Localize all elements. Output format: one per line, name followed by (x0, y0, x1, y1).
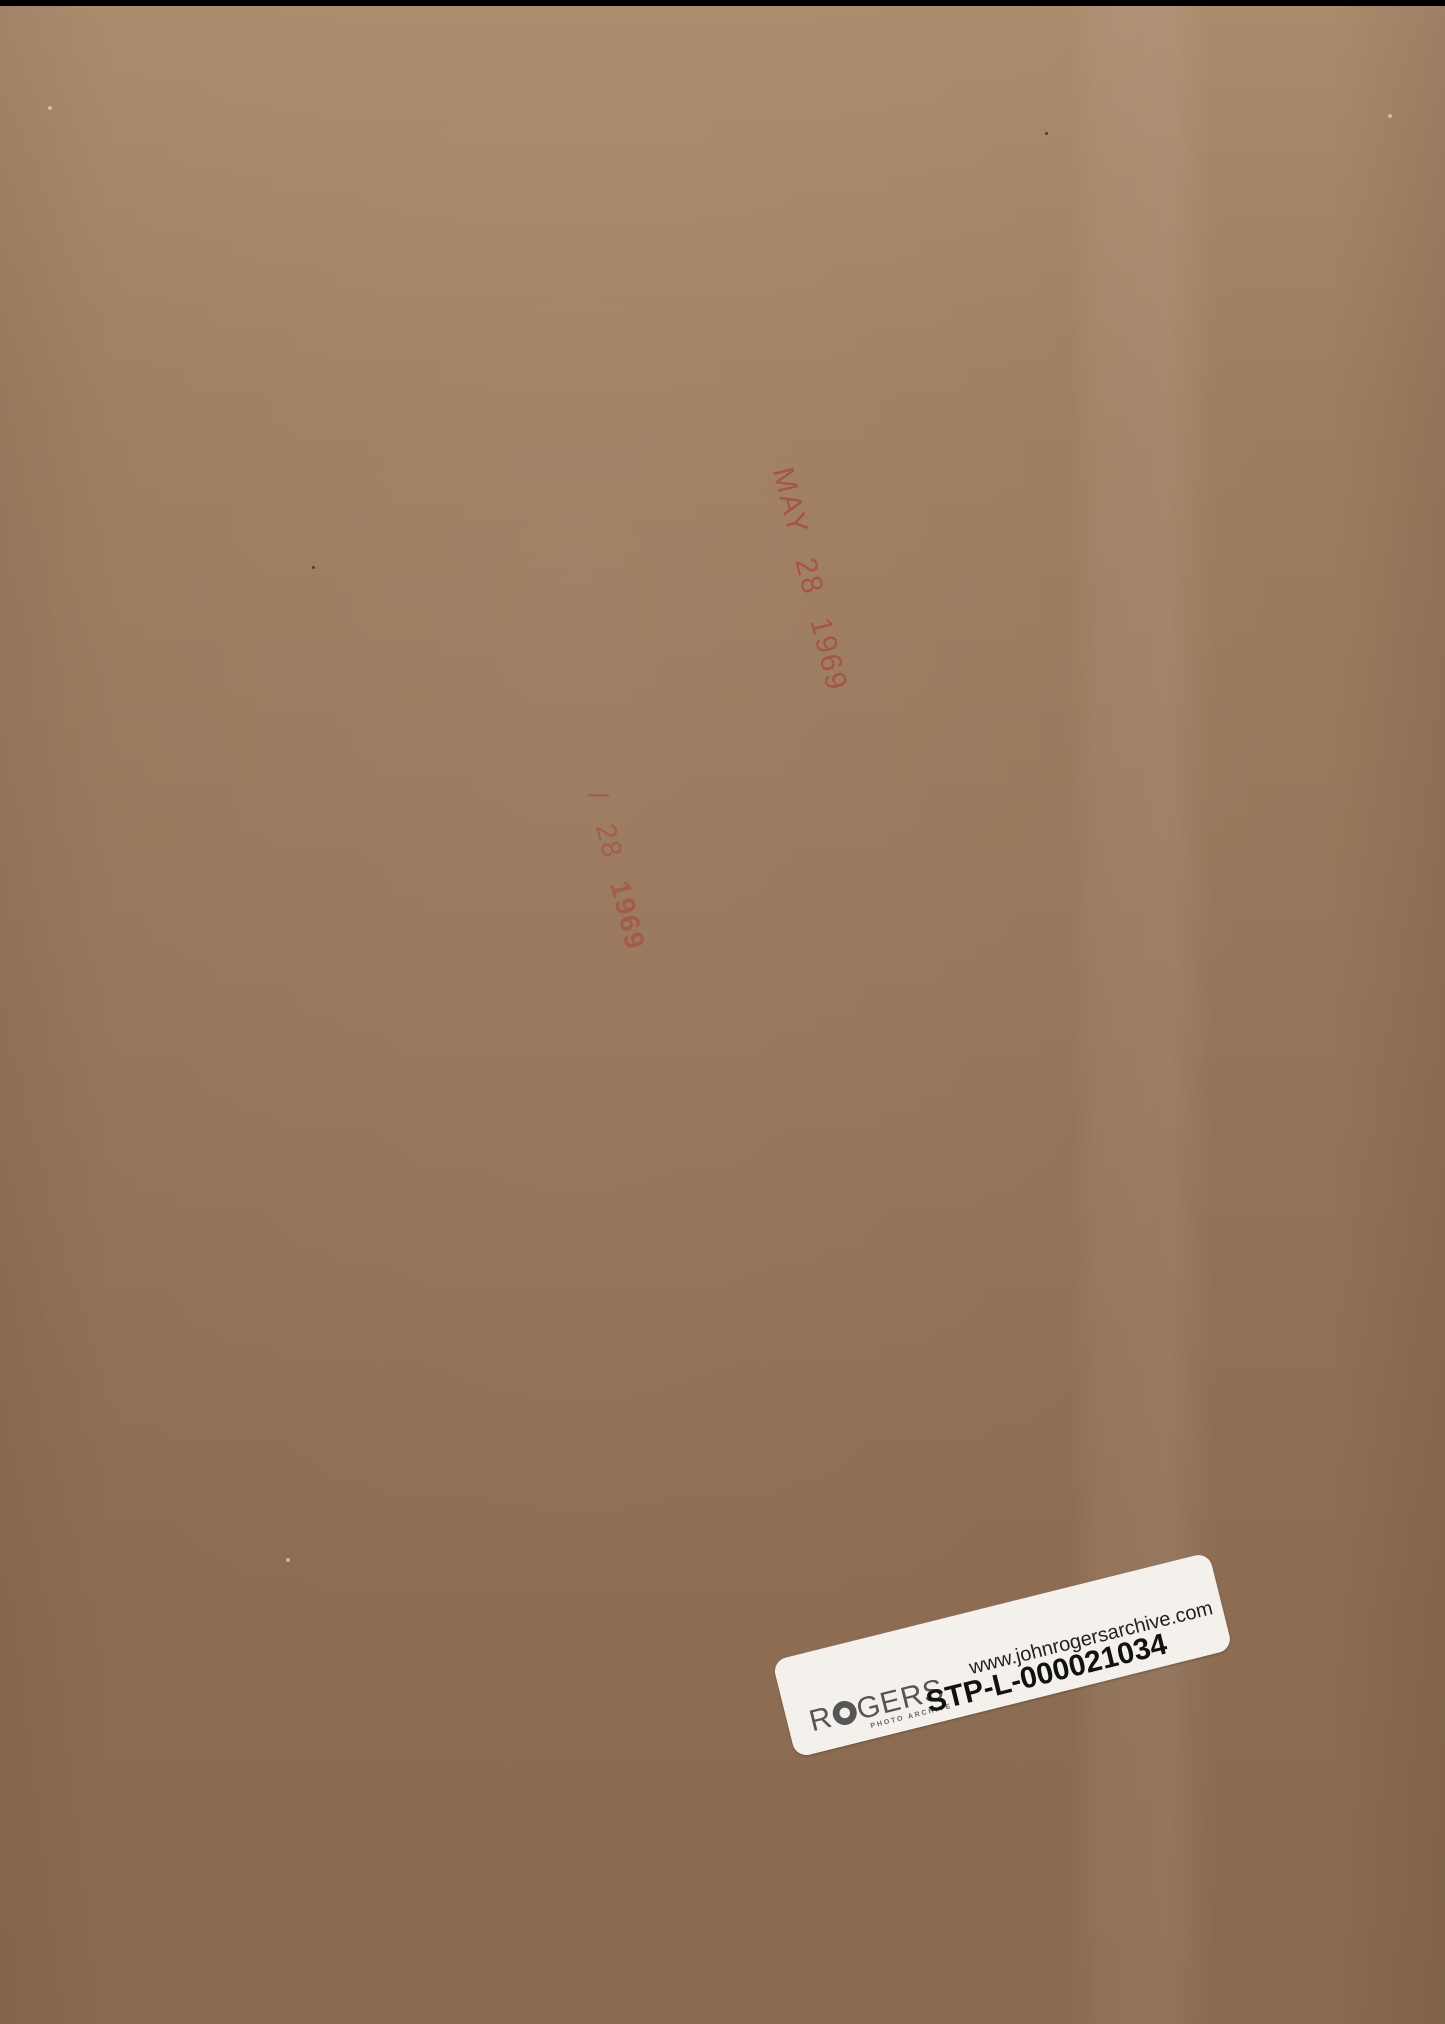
date-stamp-prefix: / (581, 788, 614, 805)
date-stamp-year: 1969 (802, 614, 853, 695)
date-stamp-day: 28 (589, 821, 629, 863)
archive-label: RGERS PHOTO ARCHIVE www.johnrogersarchiv… (772, 1552, 1233, 1758)
brand-prefix: R (806, 1701, 836, 1739)
paper-speck (48, 106, 52, 110)
paper-speck (1388, 114, 1392, 118)
archive-brand-logo: RGERS (806, 1673, 948, 1739)
paper-speck (312, 566, 315, 569)
date-stamp-year: 1969 (603, 878, 651, 954)
paper-speck (1045, 132, 1048, 135)
date-stamp: MAY 28 1969 (765, 464, 857, 709)
paper-speck (286, 1558, 290, 1562)
photo-back-sheet: MAY 28 1969 / 28 1969 RGERS PHOTO ARCHIV… (0, 6, 1445, 2024)
date-stamp-faded: / 28 1969 (581, 788, 655, 967)
date-stamp-month: MAY (765, 464, 815, 539)
date-stamp-day: 28 (788, 554, 830, 598)
